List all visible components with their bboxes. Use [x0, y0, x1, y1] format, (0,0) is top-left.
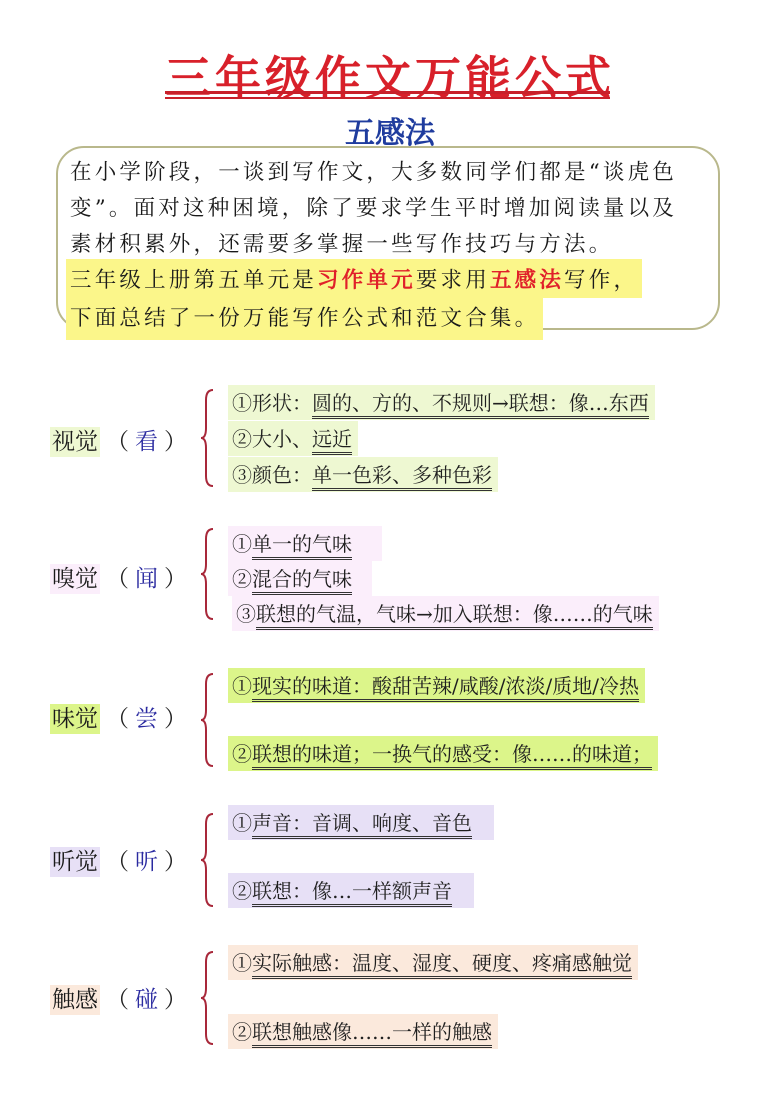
sense-name: 触感 — [50, 985, 100, 1015]
item-text: 混合的气味 — [252, 567, 352, 595]
intro-text: 要求用 — [416, 268, 490, 293]
sense-item: ①现实的味道：酸甜苦辣/咸酸/浓淡/质地/冷热 — [228, 668, 645, 703]
sense-label-touch: 触感（碰） — [50, 981, 193, 1014]
item-text: 圆的、方的、不规则→联想：像…东西 — [312, 391, 649, 419]
sense-item: ②联想：像…一样额声音 — [228, 873, 474, 908]
item-number: ① — [232, 532, 252, 556]
curly-brace-icon — [200, 812, 216, 908]
curly-brace-icon — [200, 950, 216, 1046]
sense-label-hearing: 听觉（听） — [50, 843, 193, 876]
item-number: ① — [232, 391, 252, 415]
sense-item: ①单一的气味 — [228, 526, 382, 561]
intro-text: 三年级上册第五单元是 — [70, 268, 317, 293]
item-text: 实际触感：温度、湿度、硬度、疼痛感触觉 — [252, 951, 632, 979]
item-number: ② — [232, 427, 252, 451]
paren-close: ） — [164, 987, 187, 1013]
sense-name: 视觉 — [50, 427, 100, 457]
item-prefix: 颜色： — [252, 463, 312, 487]
item-number: ② — [232, 567, 252, 591]
item-number: ② — [232, 1020, 252, 1044]
item-number: ③ — [236, 602, 256, 626]
item-text: 联想的气温，气味→加入联想：像……的气味 — [256, 602, 653, 630]
sense-name: 听觉 — [50, 847, 100, 877]
sense-verb: 听 — [135, 849, 158, 875]
sense-name: 嗅觉 — [50, 564, 100, 594]
paren-open: （ — [106, 987, 129, 1013]
intro-emphasis-unit: 习作单元 — [317, 268, 416, 293]
item-text: 声音：音调、响度、音色 — [252, 811, 472, 839]
item-text: 联想：像…一样额声音 — [252, 879, 452, 907]
item-prefix: 大小、 — [252, 427, 312, 451]
paren-open: （ — [106, 849, 129, 875]
item-text: 远近 — [312, 427, 352, 455]
title-underline-thin — [165, 97, 610, 99]
paren-close: ） — [164, 566, 187, 592]
intro-highlight-line-2: 下面总结了一份万能写作公式和范文合集。 — [66, 297, 543, 340]
paren-close: ） — [164, 849, 187, 875]
item-number: ③ — [232, 463, 252, 487]
item-text: 现实的味道：酸甜苦辣/咸酸/浓淡/质地/冷热 — [252, 674, 639, 702]
sense-item: ③联想的气温，气味→加入联想：像……的气味 — [232, 596, 659, 631]
intro-text: 写作， — [564, 268, 638, 293]
intro-line-1: 在小学阶段，一谈到写作文，大多数同学们都是“谈虎色 — [70, 155, 677, 186]
sense-verb: 碰 — [135, 987, 158, 1013]
curly-brace-icon — [200, 672, 216, 768]
item-number: ① — [232, 951, 252, 975]
curly-brace-icon — [200, 527, 216, 621]
paren-open: （ — [106, 429, 129, 455]
intro-highlight-line-1: 三年级上册第五单元是习作单元要求用五感法写作， — [66, 259, 642, 298]
paren-close: ） — [164, 429, 187, 455]
sense-label-taste: 味觉（尝） — [50, 700, 193, 733]
paren-close: ） — [164, 706, 187, 732]
item-number: ① — [232, 674, 252, 698]
item-text: 联想的味道；一换气的感受：像……的味道； — [252, 742, 652, 770]
sense-item: ①形状：圆的、方的、不规则→联想：像…东西 — [228, 385, 655, 420]
intro-line-3: 素材积累外，还需要多掌握一些写作技巧与方法。 — [70, 227, 613, 258]
sense-verb: 尝 — [135, 706, 158, 732]
item-number: ② — [232, 879, 252, 903]
sense-item: ①实际触感：温度、湿度、硬度、疼痛感触觉 — [228, 945, 638, 980]
sense-verb: 看 — [135, 429, 158, 455]
item-number: ① — [232, 811, 252, 835]
item-prefix: 形状： — [252, 391, 312, 415]
sense-item: ②混合的气味 — [228, 561, 372, 596]
item-number: ② — [232, 742, 252, 766]
sense-item: ②联想触感像……一样的触感 — [228, 1014, 498, 1049]
intro-emphasis-method: 五感法 — [490, 268, 564, 293]
paren-open: （ — [106, 706, 129, 732]
sense-label-visual: 视觉（看） — [50, 423, 193, 456]
item-text: 单一色彩、多种色彩 — [312, 463, 492, 491]
sense-label-smell: 嗅觉（闻） — [50, 560, 193, 593]
sense-item: ②联想的味道；一换气的感受：像……的味道； — [228, 736, 658, 771]
sense-item: ②大小、远近 — [228, 421, 358, 456]
sense-item: ①声音：音调、响度、音色 — [228, 805, 494, 840]
paren-open: （ — [106, 566, 129, 592]
sense-name: 味觉 — [50, 704, 100, 734]
item-text: 单一的气味 — [252, 532, 352, 560]
curly-brace-icon — [200, 388, 216, 488]
sense-verb: 闻 — [135, 566, 158, 592]
title-underline-thick — [165, 91, 610, 94]
sense-item: ③颜色：单一色彩、多种色彩 — [228, 457, 498, 492]
intro-line-2: 变”。面对这种困境，除了要求学生平时增加阅读量以及 — [70, 191, 677, 222]
item-text: 联想触感像……一样的触感 — [252, 1020, 492, 1048]
